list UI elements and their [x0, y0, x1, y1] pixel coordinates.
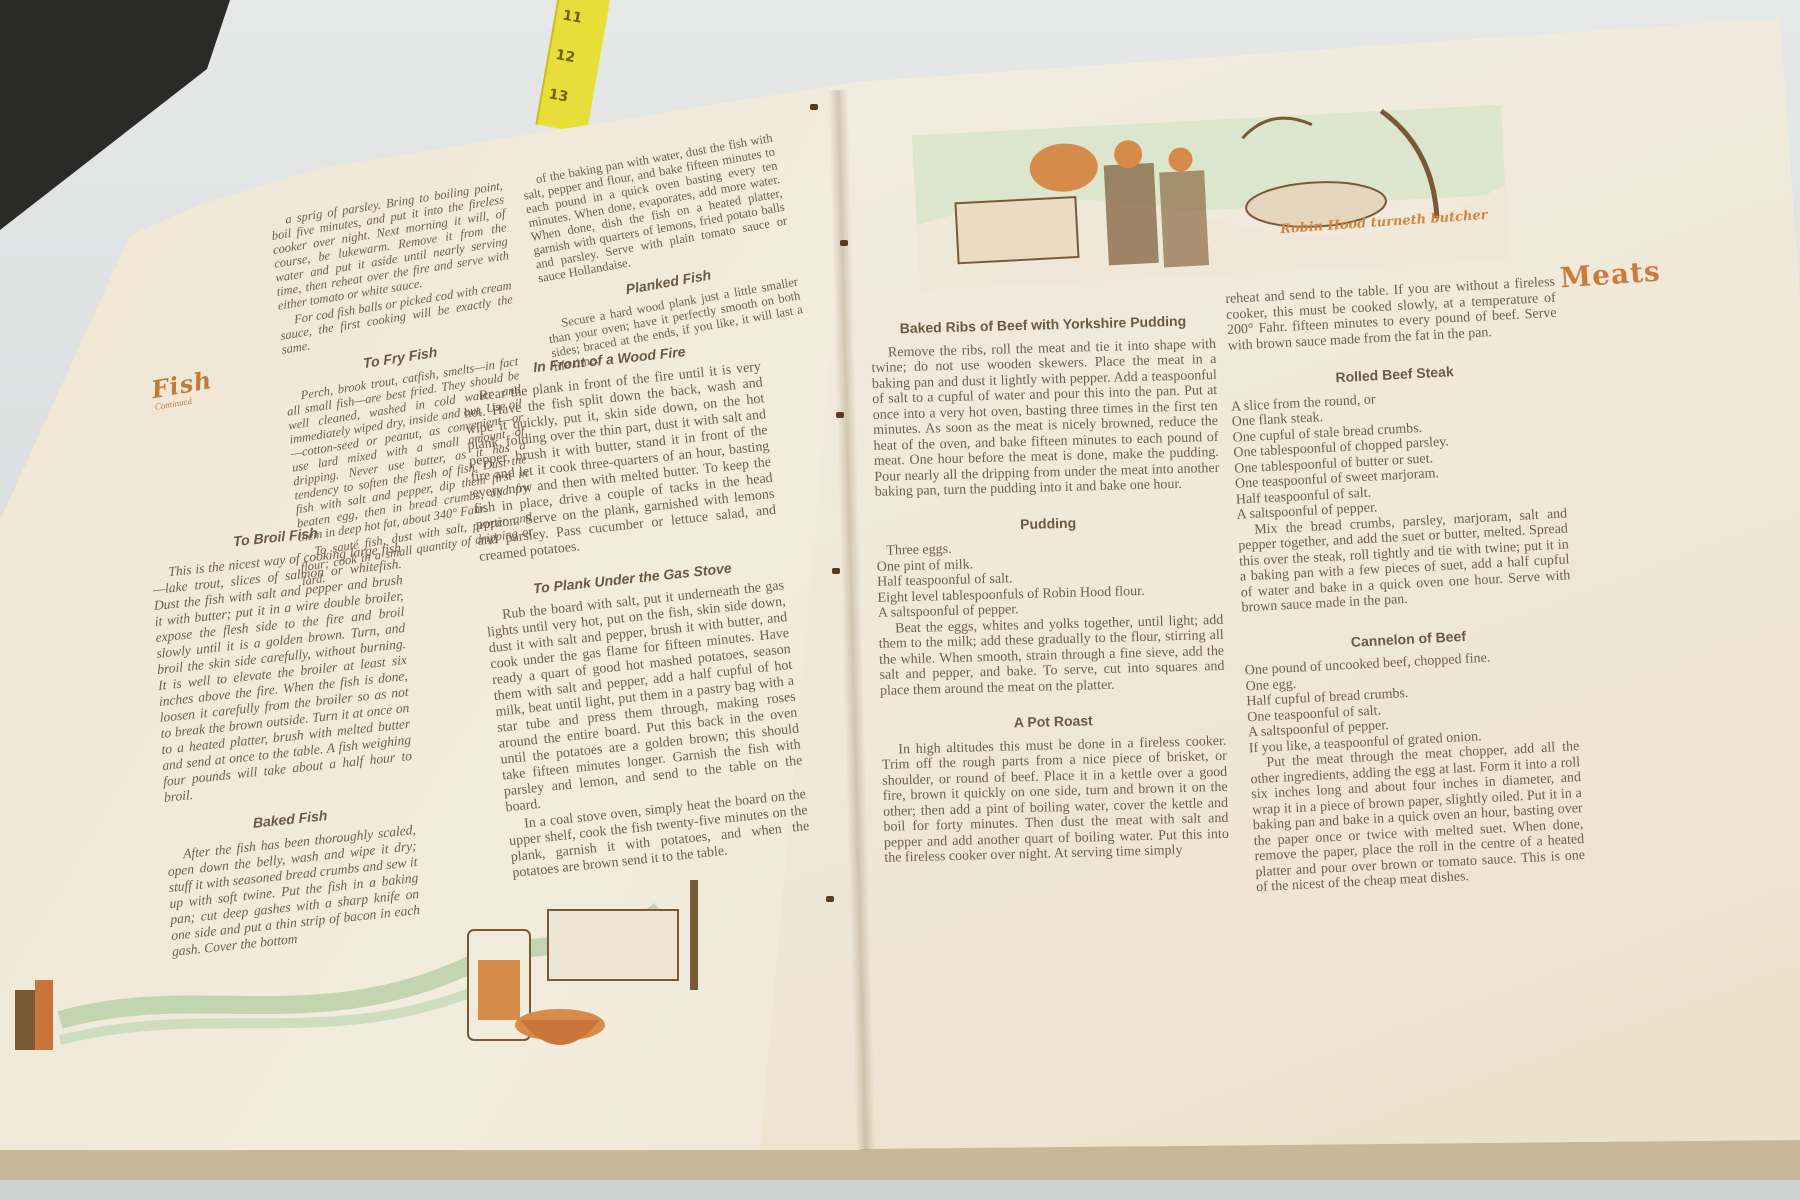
ruler-mark: 12 [554, 47, 576, 66]
flour-mill-illustration [0, 840, 740, 1070]
paragraph: Rub the board with salt, put it undernea… [485, 578, 805, 816]
binding-stitch [836, 412, 844, 418]
ruler-mark: 11 [561, 8, 583, 27]
robin-hood-illustration [911, 85, 1509, 291]
paragraph: In high altitudes this must be done in a… [881, 733, 1229, 866]
ruler-mark: 13 [547, 86, 569, 105]
photo-scene: 11 12 13 Fish Continued a sprig of parsl… [0, 0, 1800, 1200]
binding-stitch [832, 568, 840, 574]
binding-stitch [826, 896, 834, 902]
paragraph: Beat the eggs, whites and yolks together… [878, 612, 1225, 699]
paragraph: This is the nicest way of cooking large … [152, 540, 413, 806]
section-title: A Pot Roast [881, 710, 1226, 735]
paragraph: Remove the ribs, roll the meat and tie i… [871, 336, 1220, 500]
paragraph: Put the meat through the meat chopper, a… [1249, 739, 1586, 896]
section-title: Pudding [876, 511, 1221, 536]
chapter-heading-meats: Meats [1559, 255, 1662, 295]
binding-stitch [840, 240, 848, 246]
paragraph: Rear the plank in front of the fire unti… [462, 359, 779, 565]
section-title: Baked Ribs of Beef with Yorkshire Puddin… [870, 313, 1215, 338]
paragraph: Mix the bread crumbs, parsley, marjoram,… [1237, 506, 1571, 616]
binding-stitch [810, 104, 818, 110]
